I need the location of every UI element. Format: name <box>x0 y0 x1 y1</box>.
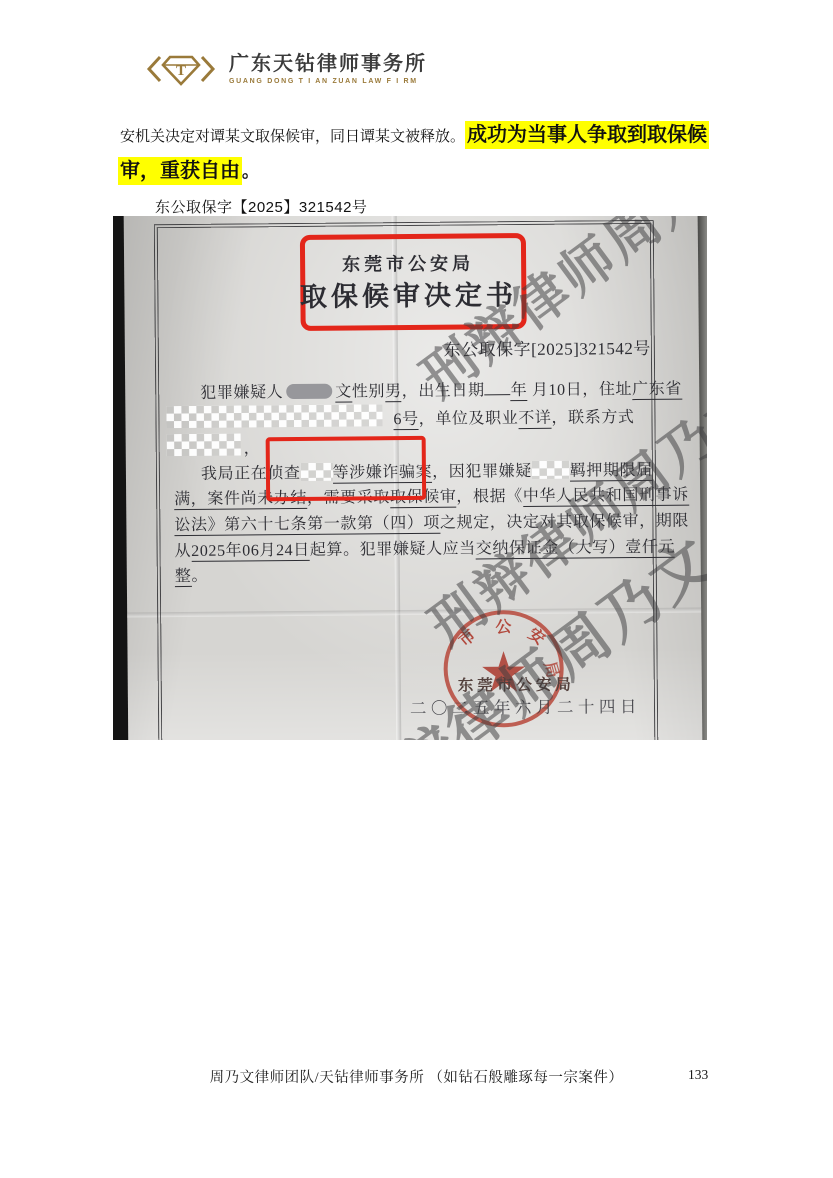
birth-year: 年 <box>511 382 528 401</box>
case-number-caption: 东公取保字【2025】321542号 <box>155 196 367 217</box>
suspect-name-suffix: 文 <box>335 384 352 403</box>
gender-label: 性别 <box>352 383 385 400</box>
birth-day-address: 月10日，住址 <box>532 381 632 399</box>
according-to: ，根据《 <box>456 488 523 506</box>
contact-redaction-mosaic <box>167 434 241 457</box>
case-annotation-red-box <box>266 436 427 501</box>
highlight-text-2: 审，重获自由 <box>118 157 242 185</box>
name-redaction-blob <box>286 384 332 399</box>
address-number: 6号 <box>393 411 418 430</box>
address-redaction-mosaic <box>166 404 382 428</box>
logo-text: 广东天钻律师事务所 GUANG DONG T I AN ZUAN LAW F I… <box>229 53 427 85</box>
paper-sheet: 东莞市公安局 取保候审决定书 东公取保字[2025]321542号 犯罪嫌疑人文… <box>124 216 703 740</box>
period-mark: 。 <box>191 568 208 585</box>
law-firm-logo: T 广东天钻律师事务所 GUANG DONG T I AN ZUAN LAW F… <box>145 48 427 90</box>
occupation-value: 不详 <box>518 410 551 429</box>
from-label: 从 <box>175 543 192 560</box>
document-photo: 东莞市公安局 取保候审决定书 东公取保字[2025]321542号 犯罪嫌疑人文… <box>113 216 707 740</box>
shall-pay: 起算。犯罪嫌疑人应当 <box>310 540 476 558</box>
because-suspect: ，因犯罪嫌疑 <box>432 463 532 481</box>
contact-label: ，联系方式 <box>551 409 634 427</box>
investigation-line-5: 整。 <box>175 563 208 586</box>
suspect-redaction-mosaic <box>532 461 570 479</box>
intro-line-2: 审，重获自由。 <box>118 154 259 183</box>
law-article: 讼法》第六十七条第一款第（四）项 <box>174 515 440 536</box>
intro-line-1: 安机关决定对谭某文取保候审，同日谭某文被释放。成功为当事人争取到取保候 <box>120 118 709 147</box>
intro-plain-text: 安机关决定对谭某文取保候审，同日谭某文被释放。 <box>120 128 465 145</box>
intro-line2-period: 。 <box>242 162 259 181</box>
gender-value: 男 <box>385 383 402 402</box>
occupation-label: ，单位及职业 <box>419 410 519 428</box>
amount-suffix: 整 <box>175 568 192 587</box>
highlight-text-1: 成功为当事人争取到取保候 <box>465 121 709 149</box>
logo-name-cn: 广东天钻律师事务所 <box>229 53 427 75</box>
suspect-line-3: ， <box>244 435 261 458</box>
suspect-line-2: 6号，单位及职业不详，联系方式 <box>393 404 634 429</box>
diamond-logo-icon: T <box>145 48 217 90</box>
address-province: 广东省 <box>632 381 682 400</box>
case-study-page: T 广东天钻律师事务所 GUANG DONG T I AN ZUAN LAW F… <box>0 0 833 1178</box>
start-date: 2025年06月24日 <box>191 542 310 562</box>
suspect-label: 犯罪嫌疑人 <box>200 384 283 402</box>
svg-text:T: T <box>176 63 186 79</box>
logo-name-en: GUANG DONG T I AN ZUAN LAW F I RM <box>229 78 427 85</box>
page-number: 133 <box>688 1067 708 1083</box>
